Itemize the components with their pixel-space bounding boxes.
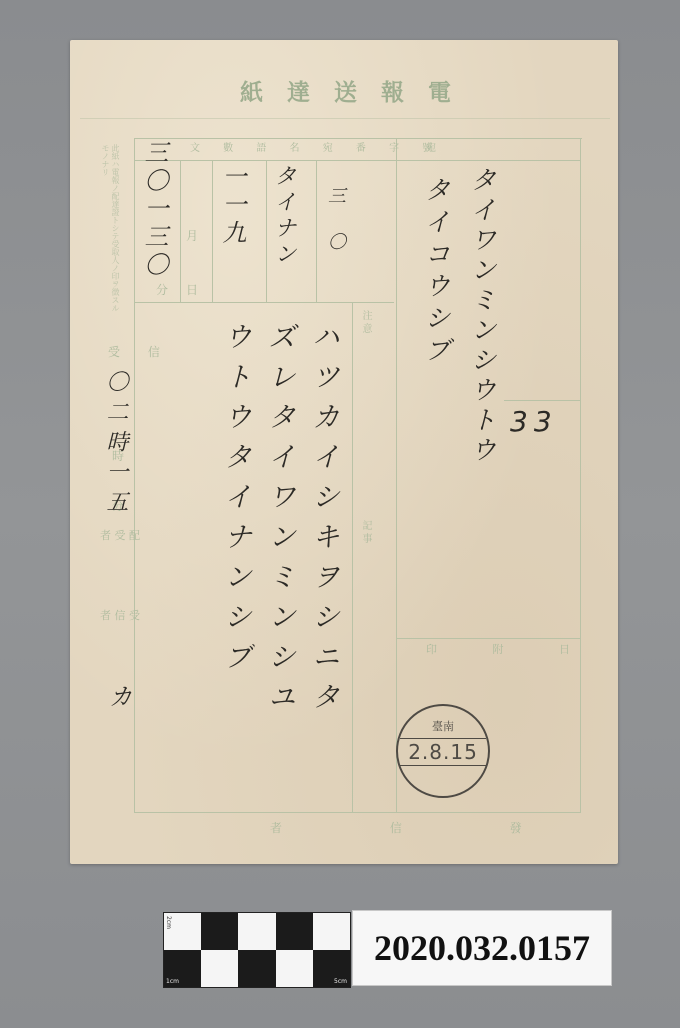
title-underline	[80, 118, 610, 119]
left-notes: 此紙ハ電報ノ配達證トシテ受取人ノ印ヲ徴スルモノナリ	[100, 144, 120, 314]
postmark-place: 臺南	[398, 718, 488, 734]
form-border-bottom	[134, 812, 581, 813]
col-line-3	[266, 160, 267, 302]
postmark-date: 2.8.15	[400, 738, 486, 766]
receiver-label: 者 受 配	[100, 530, 140, 541]
seal-row-line	[396, 638, 580, 639]
col-line-2	[212, 160, 213, 302]
recipient-label: 者 信 受	[100, 610, 140, 621]
form-title: 紙達送報電	[240, 74, 475, 107]
scale-label-right: 5cm	[334, 978, 347, 985]
header-row-label: 文 數 語 名 宛 番 字 號	[190, 144, 442, 154]
footer-sender-label: 者 信 發	[270, 822, 574, 834]
note-label: 注 意	[360, 310, 370, 333]
message-column-3: ウトウタイナンシブ	[222, 322, 250, 682]
form-border-top	[134, 138, 582, 139]
address-line-1: タイワンミンシウトウ	[468, 166, 494, 466]
col-line-4	[316, 160, 317, 302]
header-right-label: 宛	[426, 144, 436, 154]
scale-label-left: 1cm	[166, 978, 179, 985]
col-line-1	[180, 160, 181, 302]
day-label: 日	[186, 284, 198, 296]
handwritten-date: 一一九	[220, 164, 244, 248]
accession-number-label: 2020.032.0157	[352, 910, 612, 986]
handwritten-count: 三〇	[326, 186, 344, 278]
message-column-2: ズレタイワンミンシユ	[266, 322, 294, 722]
handwritten-number: 33	[510, 408, 558, 436]
divider-vertical	[396, 138, 397, 812]
scale-label-side: 2cm	[165, 916, 172, 929]
received-label: 受 信	[108, 346, 172, 358]
color-scale-bar	[163, 912, 351, 988]
month-label: 月	[186, 230, 198, 242]
header-row-line	[134, 160, 580, 161]
postmark: 臺南 2.8.15	[396, 704, 490, 798]
form-border-right	[580, 138, 581, 812]
info-row-line	[134, 302, 394, 303]
message-column-1: ハツカイシキヲシニタ	[310, 322, 338, 722]
number-box-line	[504, 400, 580, 401]
telegram-delivery-form: 紙達送報電 文 數 語 名 宛 番 字 號 宛 月 日 分 受 信 時 分 者 …	[70, 40, 618, 864]
handwritten-place: タイナン	[272, 164, 294, 268]
seal-row-label: 印 附 日	[426, 644, 596, 655]
address-line-2: タイコウシブ	[422, 176, 448, 368]
received-time: 〇二時一五	[104, 370, 126, 520]
remarks-col-line	[352, 302, 353, 812]
form-border-left	[134, 138, 135, 812]
handwritten-time: 三〇一三〇	[142, 140, 166, 280]
receiver-mark: カ	[106, 684, 130, 712]
remarks-label: 記 事	[360, 520, 370, 543]
minute-label: 分	[156, 284, 168, 296]
